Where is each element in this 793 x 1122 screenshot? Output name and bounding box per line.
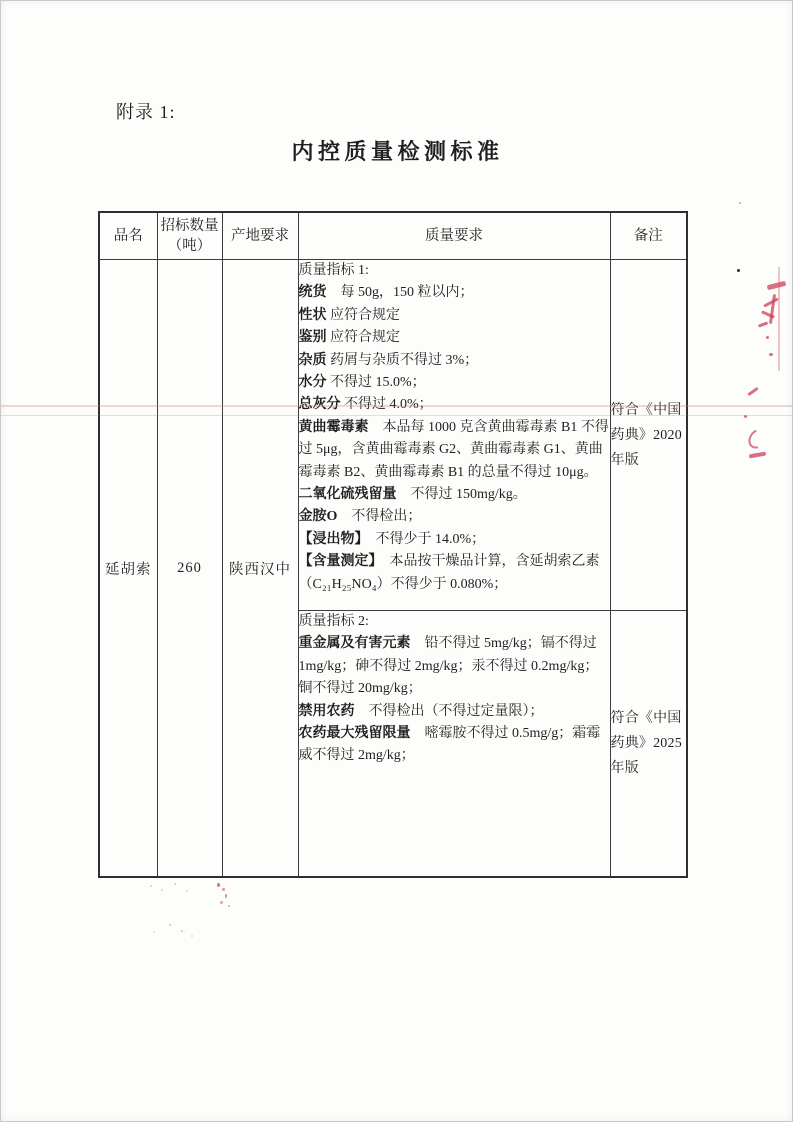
- pink-speckle: [220, 901, 223, 904]
- gray-speckle: [161, 889, 163, 891]
- quality-requirement-line: 杂质 药屑与杂质不得过 3%；: [299, 350, 610, 372]
- quality-item-text: 不得过 15.0%；: [327, 375, 426, 390]
- ink-speckle: [737, 269, 740, 272]
- quality-requirement-line: 农药最大残留限量 嘧霉胺不得过 0.5mg/g；霜霉威不得过 2mg/kg；: [299, 723, 610, 768]
- quality-lines-1: 统货 每 50g，150 粒以内；性状 应符合规定鉴别 应符合规定杂质 药屑与杂…: [299, 282, 610, 596]
- quality-requirements-section-2: 质量指标 2: 重金属及有害元素 铅不得过 5mg/kg；镉不得过 1mg/kg…: [298, 611, 610, 878]
- quality-section-heading: 质量指标 2:: [299, 611, 610, 633]
- quality-item-label: 黄曲霉毒素: [299, 420, 369, 435]
- page-title: 内控质量检测标准: [1, 135, 793, 166]
- col-header-origin: 产地要求: [222, 212, 298, 260]
- remark-cell-1: 符合《中国药典》2020年版: [610, 260, 687, 611]
- quality-item-label: 【含量测定】: [299, 554, 376, 569]
- quality-item-label: 金胺O: [299, 509, 338, 524]
- quality-requirement-line: 重金属及有害元素 铅不得过 5mg/kg；镉不得过 1mg/kg；砷不得过 2m…: [299, 633, 610, 700]
- red-pen-mark: [758, 321, 768, 327]
- quality-item-text: 不得过 4.0%；: [341, 397, 433, 412]
- quality-requirement-line: 性状 应符合规定: [299, 305, 610, 327]
- quality-item-text: 不得过 150mg/kg。: [397, 487, 527, 502]
- pink-speckle: [217, 883, 220, 887]
- origin-cell: 陕西汉中: [222, 260, 298, 878]
- quality-item-text: 不得检出；: [337, 509, 421, 524]
- red-pen-mark: [763, 297, 779, 307]
- pink-speckle: [222, 888, 225, 891]
- quality-requirement-line: 黄曲霉毒素 本品每 1000 克含黄曲霉毒素 B1 不得过 5μg，含黄曲霉毒素…: [299, 417, 610, 484]
- quality-requirement-line: 统货 每 50g，150 粒以内；: [299, 282, 610, 304]
- quality-item-label: 禁用农药: [299, 704, 355, 719]
- product-name-cell: 延胡索: [99, 260, 157, 878]
- quality-requirement-line: 金胺O 不得检出；: [299, 506, 610, 528]
- quality-requirement-line: 【浸出物】 不得少于 14.0%；: [299, 529, 610, 551]
- pink-speckle: [225, 894, 227, 898]
- quality-item-label: 统货: [299, 285, 327, 300]
- ink-speckle: [739, 202, 741, 204]
- quality-item-label: 【浸出物】: [299, 532, 362, 547]
- quality-item-label: 二氧化硫残留量: [299, 487, 397, 502]
- quality-item-text: 每 50g，150 粒以内；: [327, 285, 474, 300]
- pink-speckle: [181, 930, 183, 932]
- appendix-label: 附录 1:: [116, 98, 176, 124]
- red-pen-mark: [745, 426, 769, 451]
- gray-speckle: [174, 883, 176, 885]
- red-pen-mark: [778, 267, 780, 371]
- table-row-section-1: 延胡索 260 陕西汉中 质量指标 1: 统货 每 50g，150 粒以内；性状…: [99, 260, 687, 611]
- pink-speckle: [228, 905, 230, 907]
- col-header-remarks: 备注: [610, 212, 687, 260]
- quality-item-label: 总灰分: [299, 397, 341, 412]
- table-header-row: 品名 招标数量（吨） 产地要求 质量要求 备注: [99, 212, 687, 260]
- quality-item-label: 重金属及有害元素: [299, 636, 411, 651]
- red-pen-mark: [749, 452, 766, 459]
- quality-item-label: 鉴别: [299, 330, 327, 345]
- remark-cell-2: 符合《中国药典》2025年版: [610, 611, 687, 878]
- col-header-quality-requirements: 质量要求: [298, 212, 610, 260]
- quality-item-text: 不得少于 14.0%；: [362, 532, 486, 547]
- quality-item-text: 药屑与杂质不得过 3%；: [327, 353, 479, 368]
- red-pen-mark: [766, 336, 769, 339]
- col-header-bid-quantity: 招标数量（吨）: [157, 212, 222, 260]
- red-pen-mark: [769, 353, 773, 356]
- quality-requirement-line: 总灰分 不得过 4.0%；: [299, 394, 610, 416]
- scanned-document-page: { "page": { "appendix_label": "附录 1:", "…: [0, 0, 793, 1122]
- quality-section-heading: 质量指标 1:: [299, 260, 610, 282]
- quality-standards-table: 品名 招标数量（吨） 产地要求 质量要求 备注 延胡索 260 陕西汉中 质量指…: [98, 211, 688, 878]
- quality-item-text: 应符合规定: [327, 308, 401, 323]
- quality-item-label: 性状: [299, 308, 327, 323]
- col-header-product-name: 品名: [99, 212, 157, 260]
- quality-item-label: 杂质: [299, 353, 327, 368]
- quality-requirement-line: 【含量测定】 本品按干燥品计算，含延胡索乙素（C₂₁H₂₅NO₄）不得少于 0.…: [299, 551, 610, 596]
- red-pen-mark: [761, 310, 775, 318]
- quality-item-label: 水分: [299, 375, 327, 390]
- quality-requirements-section-1: 质量指标 1: 统货 每 50g，150 粒以内；性状 应符合规定鉴别 应符合规…: [298, 260, 610, 611]
- red-pen-mark: [767, 281, 787, 290]
- gray-speckle: [153, 931, 155, 933]
- red-pen-mark: [747, 387, 759, 396]
- quality-requirement-line: 水分 不得过 15.0%；: [299, 372, 610, 394]
- quality-item-label: 农药最大残留限量: [299, 726, 411, 741]
- quality-lines-2: 重金属及有害元素 铅不得过 5mg/kg；镉不得过 1mg/kg；砷不得过 2m…: [299, 633, 610, 767]
- gray-speckle: [191, 935, 193, 937]
- quality-requirement-line: 禁用农药 不得检出（不得过定量限）；: [299, 701, 610, 723]
- gray-speckle: [150, 885, 152, 887]
- gray-speckle: [186, 890, 188, 892]
- bid-quantity-cell: 260: [157, 260, 222, 878]
- quality-requirement-line: 鉴别 应符合规定: [299, 327, 610, 349]
- red-pen-mark: [769, 294, 776, 324]
- quality-item-text: 应符合规定: [327, 330, 401, 345]
- red-pen-mark: [744, 415, 747, 418]
- quality-item-text: 不得检出（不得过定量限）；: [355, 704, 544, 719]
- quality-requirement-line: 二氧化硫残留量 不得过 150mg/kg。: [299, 484, 610, 506]
- pink-speckle: [169, 924, 171, 926]
